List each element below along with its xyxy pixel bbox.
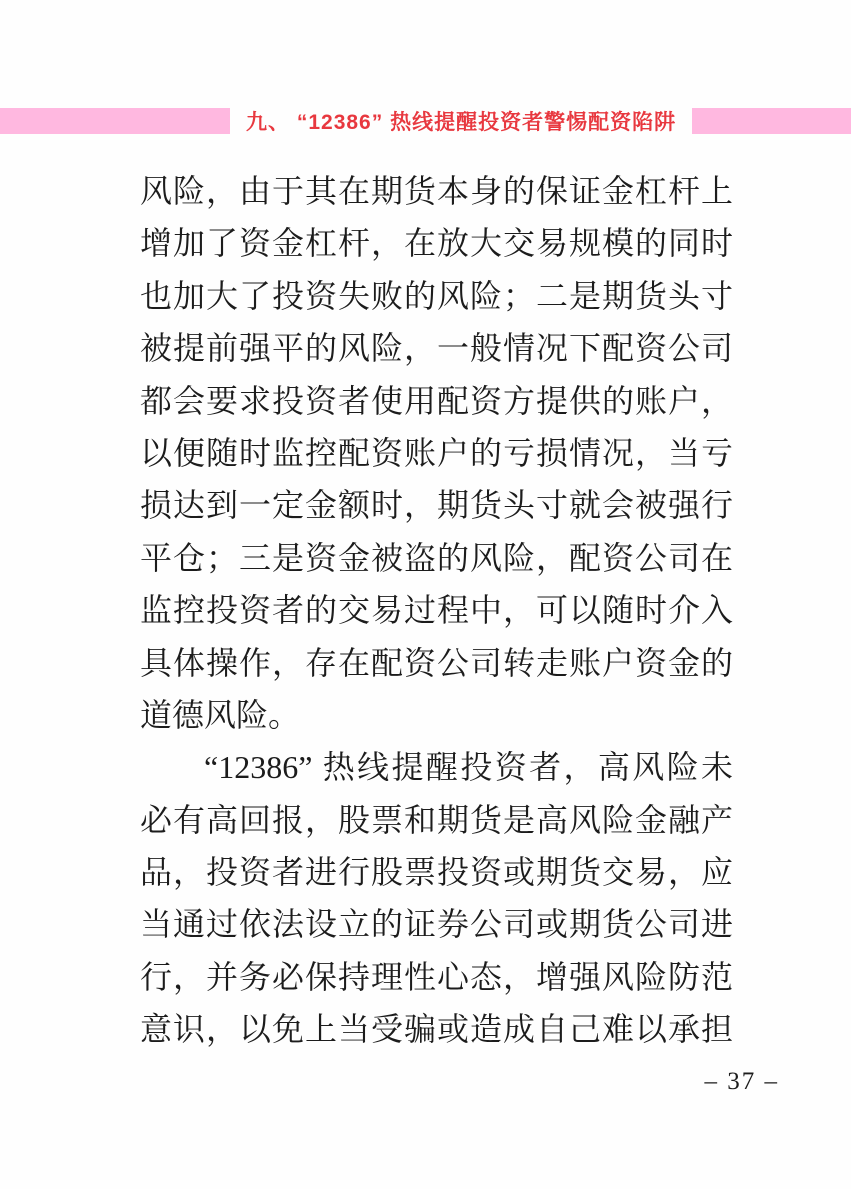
banner-right-bar <box>692 108 851 134</box>
text-line: 以便随时监控配资账户的亏损情况，当亏 <box>140 427 733 479</box>
text-line: 必有高回报，股票和期货是高风险金融产 <box>140 794 733 846</box>
text-line: “12386” 热线提醒投资者，高风险未 <box>140 741 733 793</box>
text-line: 风险，由于其在期货本身的保证金杠杆上 <box>140 165 733 217</box>
chapter-header-banner: 九、 “12386” 热线提醒投资者警惕配资陷阱 <box>0 104 851 138</box>
banner-left-bar <box>0 108 230 134</box>
text-line: 品，投资者进行股票投资或期货交易，应 <box>140 846 733 898</box>
text-line: 被提前强平的风险，一般情况下配资公司 <box>140 322 733 374</box>
chapter-title: 九、 “12386” 热线提醒投资者警惕配资陷阱 <box>230 106 692 136</box>
text-line: 都会要求投资者使用配资方提供的账户， <box>140 375 733 427</box>
page-number: – 37 – <box>705 1068 780 1096</box>
text-line: 监控投资者的交易过程中，可以随时介入 <box>140 584 733 636</box>
body-text-block: 风险，由于其在期货本身的保证金杠杆上 增加了资金杠杆，在放大交易规模的同时 也加… <box>140 165 733 1056</box>
text-line: 具体操作，存在配资公司转走账户资金的 <box>140 637 733 689</box>
text-line: 道德风险。 <box>140 689 733 741</box>
text-line: 行，并务必保持理性心态，增强风险防范 <box>140 951 733 1003</box>
text-line: 当通过依法设立的证券公司或期货公司进 <box>140 898 733 950</box>
text-line: 平仓；三是资金被盗的风险，配资公司在 <box>140 532 733 584</box>
text-line: 也加大了投资失败的风险；二是期货头寸 <box>140 270 733 322</box>
text-line: 增加了资金杠杆，在放大交易规模的同时 <box>140 217 733 269</box>
text-line: 意识，以免上当受骗或造成自己难以承担 <box>140 1003 733 1055</box>
book-page: 九、 “12386” 热线提醒投资者警惕配资陷阱 风险，由于其在期货本身的保证金… <box>0 0 851 1189</box>
text-line: 损达到一定金额时，期货头寸就会被强行 <box>140 479 733 531</box>
